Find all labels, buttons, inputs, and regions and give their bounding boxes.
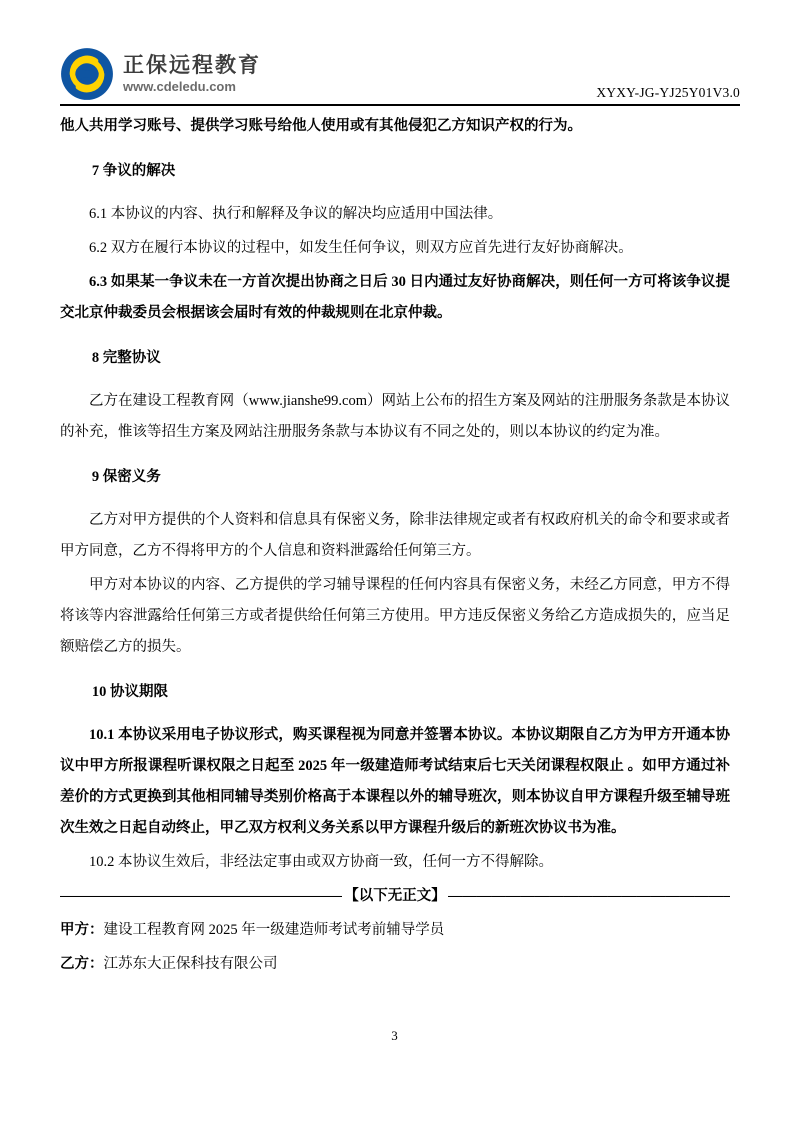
brand-logo-icon: [60, 47, 114, 101]
brand-website: www.cdeledu.com: [123, 79, 261, 95]
page-header: 正保远程教育 www.cdeledu.com XYXY-JG-YJ25Y01V3…: [60, 0, 740, 103]
clause-6-2: 6.2 双方在履行本协议的过程中，如发生任何争议，则双方应首先进行友好协商解决。: [60, 233, 730, 264]
brand-logo: 正保远程教育 www.cdeledu.com: [60, 47, 261, 101]
party-a-row: 甲方：建设工程教育网 2025 年一级建造师考试考前辅导学员: [60, 915, 730, 946]
document-body: 他人共用学习账号、提供学习账号给他人使用或有其他侵犯乙方知识产权的行为。 7 争…: [60, 111, 730, 983]
separator-dashes-right: ————————————————————————: [448, 881, 730, 912]
party-b-row: 乙方：江苏东大正保科技有限公司: [60, 949, 730, 980]
clause-9-party-b: 乙方对甲方提供的个人资料和信息具有保密义务，除非法律规定或者有权政府机关的命令和…: [60, 505, 730, 567]
header-rule: [60, 104, 740, 106]
section-heading-10: 10 协议期限: [60, 677, 730, 708]
separator-label: 【以下无正文】: [344, 881, 446, 912]
separator-dashes-left: ————————————————————————: [60, 881, 342, 912]
no-more-text-separator: ———————————————————————— 【以下无正文】 ———————…: [60, 881, 730, 912]
party-a-value: 建设工程教育网 2025 年一级建造师考试考前辅导学员: [104, 922, 445, 938]
party-a-label: 甲方：: [60, 922, 104, 938]
paragraph-continuation: 他人共用学习账号、提供学习账号给他人使用或有其他侵犯乙方知识产权的行为。: [60, 111, 730, 142]
section-heading-7: 7 争议的解决: [60, 156, 730, 187]
section-heading-9: 9 保密义务: [60, 462, 730, 493]
page-number: 3: [0, 1028, 789, 1044]
clause-8-body: 乙方在建设工程教育网（www.jianshe99.com）网站上公布的招生方案及…: [60, 386, 730, 448]
document-page: 正保远程教育 www.cdeledu.com XYXY-JG-YJ25Y01V3…: [0, 0, 789, 1127]
clause-10-2: 10.2 本协议生效后，非经法定事由或双方协商一致，任何一方不得解除。: [60, 847, 730, 878]
doc-version-code: XYXY-JG-YJ25Y01V3.0: [596, 85, 740, 103]
brand-name: 正保远程教育: [123, 53, 261, 79]
party-b-value: 江苏东大正保科技有限公司: [104, 956, 278, 972]
clause-6-3: 6.3 如果某一争议未在一方首次提出协商之日后 30 日内通过友好协商解决，则任…: [60, 267, 730, 329]
brand-text: 正保远程教育 www.cdeledu.com: [123, 53, 261, 95]
clause-9-party-a: 甲方对本协议的内容、乙方提供的学习辅导课程的任何内容具有保密义务，未经乙方同意，…: [60, 570, 730, 663]
party-b-label: 乙方：: [60, 956, 104, 972]
section-heading-8: 8 完整协议: [60, 343, 730, 374]
clause-6-1: 6.1 本协议的内容、执行和解释及争议的解决均应适用中国法律。: [60, 199, 730, 230]
clause-10-1: 10.1 本协议采用电子协议形式，购买课程视为同意并签署本协议。本协议期限自乙方…: [60, 720, 730, 844]
